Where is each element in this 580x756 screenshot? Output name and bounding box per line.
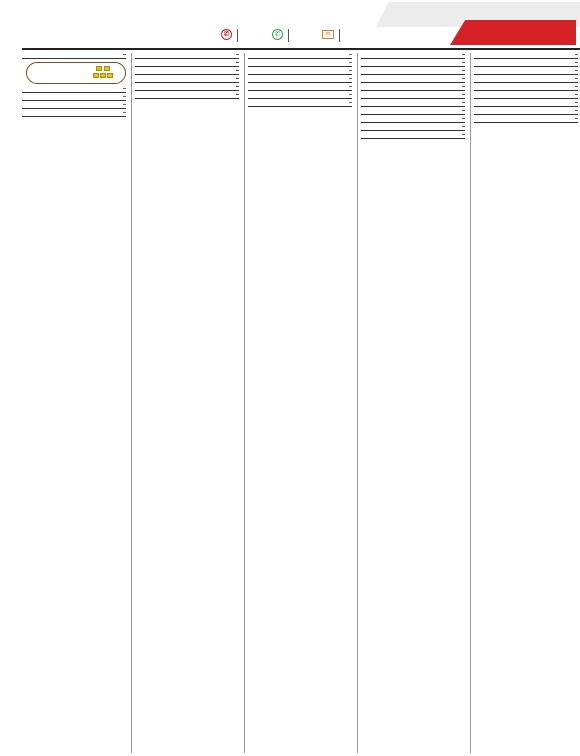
notice-code: ▬: [248, 85, 352, 88]
column-4: ▬ ▬ ▬ ▬ ▬ ▬ ▬ ▬ ▬ ▬ ▬: [357, 53, 465, 753]
header-rule: [22, 48, 580, 50]
notice-code: ▬: [22, 53, 126, 56]
notice-code: ▬: [474, 117, 578, 120]
classified-notice: ▬: [22, 95, 126, 101]
envelope-icon: ✉: [322, 30, 334, 39]
classifieds-columns: ▬ ▬ ▬ ▬ ▬ ▬ ▬ ▬ ▬: [22, 53, 578, 753]
classified-notice: ▬: [474, 117, 578, 123]
notice-code: ▬: [474, 109, 578, 112]
notice-code: ▬: [22, 103, 126, 106]
classified-notice: ▬: [361, 101, 465, 107]
notice-code: ▬: [135, 61, 239, 64]
classified-notice: ▬: [361, 77, 465, 83]
classified-notice: ▬: [22, 103, 126, 109]
divider: [339, 29, 340, 42]
divider: [237, 29, 238, 42]
classified-notice: ▬: [361, 61, 465, 67]
classified-notice: ▬: [361, 125, 465, 131]
notice-code: ▬: [361, 125, 465, 128]
notice-code: ▬: [474, 85, 578, 88]
notice-code: ▬: [361, 85, 465, 88]
phone-icon: ✆: [221, 29, 232, 40]
notice-code: ▬: [22, 87, 126, 90]
notice-code: ▬: [361, 93, 465, 96]
notice-code: ▬: [474, 93, 578, 96]
classified-notice: ▬: [248, 53, 352, 59]
notice-code: ▬: [248, 93, 352, 96]
classified-notice: ▬: [135, 69, 239, 75]
column-3: ▬ ▬ ▬ ▬ ▬ ▬ ▬: [244, 53, 352, 753]
classified-notice: ▬: [474, 85, 578, 91]
notice-code: ▬: [361, 61, 465, 64]
notice-code: ▬: [22, 111, 126, 114]
notice-code: ▬: [361, 77, 465, 80]
classified-notice: ▬: [22, 111, 126, 117]
column-2: ▬ ▬ ▬ ▬ ▬ ▬: [131, 53, 239, 753]
classified-notice: ▬: [248, 77, 352, 83]
classified-notice: ▬: [135, 85, 239, 91]
column-1: ▬ ▬ ▬ ▬ ▬: [22, 53, 126, 753]
section-title: [450, 20, 576, 45]
notice-code: ▬: [135, 85, 239, 88]
classified-notice: ▬: [248, 69, 352, 75]
classified-notice: ▬: [135, 53, 239, 59]
classified-notice: ▬: [135, 61, 239, 67]
divider: [288, 29, 289, 42]
notice-code: ▬: [135, 53, 239, 56]
notice-code: ▬: [361, 133, 465, 136]
column-5: ▬ ▬ ▬ ▬ ▬ ▬ ▬ ▬ ▬: [470, 53, 578, 753]
notice-code: ▬: [474, 61, 578, 64]
notice-code: ▬: [248, 61, 352, 64]
section-banner-sucesiones: [26, 62, 126, 84]
notice-code: ▬: [474, 77, 578, 80]
classified-notice: ▬: [248, 61, 352, 67]
classified-notice: ▬: [135, 93, 239, 99]
classified-notice: ▬: [474, 109, 578, 115]
contact-whatsapp[interactable]: ✆: [272, 27, 285, 41]
classified-notice: ▬: [248, 93, 352, 99]
classified-notice: ▬: [22, 53, 126, 59]
notice-code: ▬: [474, 53, 578, 56]
classified-notice: ▬: [474, 61, 578, 67]
classified-notice: ▬: [248, 101, 352, 107]
classified-notice: ▬: [474, 93, 578, 99]
notice-code: ▬: [361, 53, 465, 56]
classified-notice: ▬: [474, 53, 578, 59]
contact-email[interactable]: ✉: [322, 27, 336, 41]
classified-notice: ▬: [248, 85, 352, 91]
notice-code: ▬: [474, 101, 578, 104]
notice-code: ▬: [135, 69, 239, 72]
notice-code: ▬: [248, 101, 352, 104]
classified-notice: ▬: [361, 69, 465, 75]
blocks-icon: [93, 66, 115, 80]
notice-code: ▬: [135, 93, 239, 96]
classified-notice: ▬: [361, 93, 465, 99]
notice-code: ▬: [248, 77, 352, 80]
notice-code: ▬: [361, 109, 465, 112]
notice-code: ▬: [248, 69, 352, 72]
notice-code: ▬: [135, 77, 239, 80]
notice-code: ▬: [474, 69, 578, 72]
classified-notice: ▬: [361, 133, 465, 139]
classified-notice: ▬: [361, 85, 465, 91]
classified-notice: ▬: [474, 77, 578, 83]
classified-notice: ▬: [474, 69, 578, 75]
classified-notice: ▬: [474, 101, 578, 107]
classified-notice: ▬: [361, 53, 465, 59]
contact-phone[interactable]: ✆: [221, 27, 234, 41]
notice-code: ▬: [22, 95, 126, 98]
whatsapp-icon: ✆: [272, 29, 283, 40]
notice-code: ▬: [361, 101, 465, 104]
classified-notice: ▬: [361, 117, 465, 123]
notice-code: ▬: [361, 117, 465, 120]
classified-notice: ▬: [135, 77, 239, 83]
notice-code: ▬: [248, 53, 352, 56]
classified-notice: ▬: [22, 87, 126, 93]
notice-code: ▬: [361, 69, 465, 72]
classified-notice: ▬: [361, 109, 465, 115]
